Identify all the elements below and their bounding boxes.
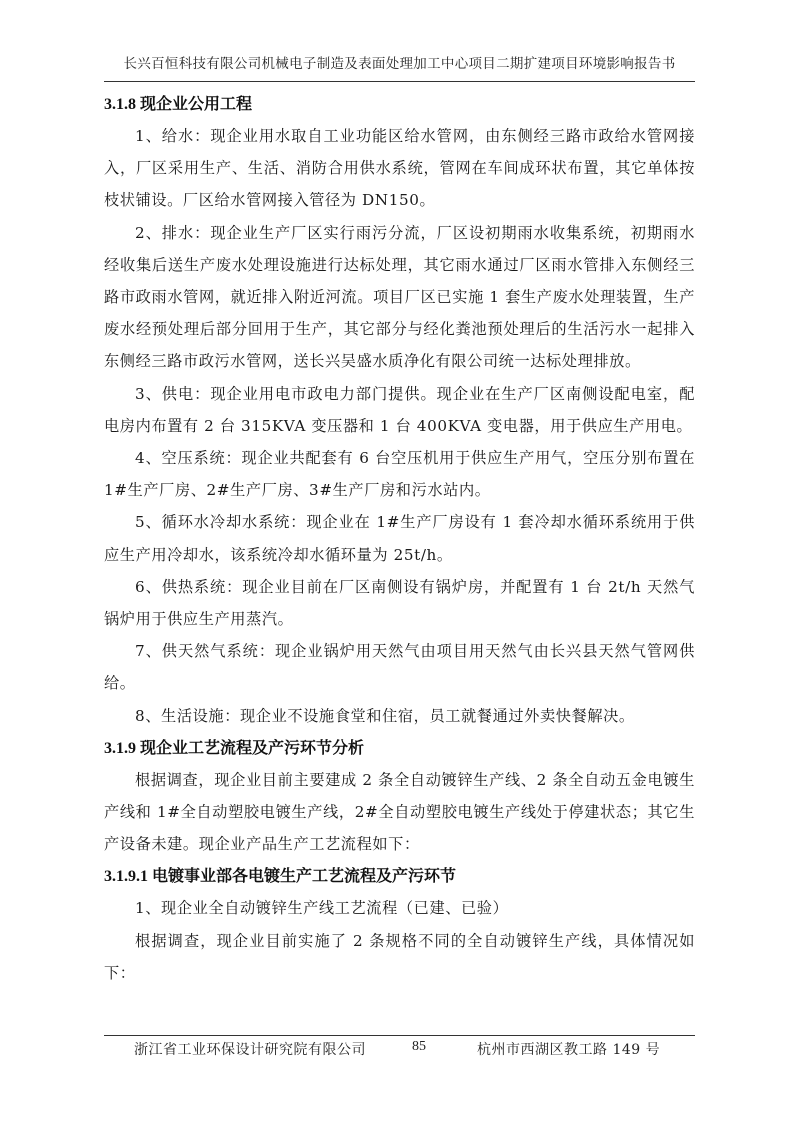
paragraph-power-supply: 3、供电：现企业用电市政电力部门提供。现企业在生产厂区南侧设配电室，配电房内布置… (104, 378, 695, 442)
paragraph-heating: 6、供热系统：现企业目前在厂区南侧设有锅炉房，并配置有 1 台 2t/h 天然气… (104, 571, 695, 635)
paragraph-living-facilities: 8、生活设施：现企业不设施食堂和住宿，员工就餐通过外卖快餐解决。 (104, 700, 695, 732)
running-header: 长兴百恒科技有限公司机械电子制造及表面处理加工中心项目二期扩建项目环境影响报告书 (104, 52, 695, 72)
section-number: 3.1.8 (104, 96, 136, 113)
paragraph-galvanizing-line-title: 1、现企业全自动镀锌生产线工艺流程（已建、已验） (104, 892, 695, 924)
paragraph-process-overview: 根据调查，现企业目前主要建成 2 条全自动镀锌生产线、2 条全自动五金电镀生产线… (104, 764, 695, 861)
footer-divider (104, 1035, 695, 1036)
section-heading-3-1-8: 3.1.8现企业公用工程 (104, 88, 695, 120)
section-title: 电镀事业部各电镀生产工艺流程及产污环节 (152, 866, 456, 885)
footer-organization: 浙江省工业环保设计研究院有限公司 (134, 1039, 366, 1059)
page-number: 85 (412, 1039, 426, 1055)
section-number: 3.1.9.1 (104, 868, 148, 885)
paragraph-compressed-air: 4、空压系统：现企业共配套有 6 台空压机用于供应生产用气，空压分别布置在 1#… (104, 442, 695, 506)
section-title: 现企业工艺流程及产污环节分析 (140, 738, 364, 757)
section-number: 3.1.9 (104, 740, 136, 757)
paragraph-drainage: 2、排水：现企业生产厂区实行雨污分流，厂区设初期雨水收集系统，初期雨水经收集后送… (104, 217, 695, 378)
paragraph-galvanizing-line-intro: 根据调查，现企业目前实施了 2 条规格不同的全自动镀锌生产线，具体情况如下： (104, 925, 695, 989)
header-divider (104, 81, 695, 82)
section-title: 现企业公用工程 (140, 94, 252, 113)
paragraph-cooling-water: 5、循环水冷却水系统：现企业在 1#生产厂房设有 1 套冷却水循环系统用于供应生… (104, 506, 695, 570)
page-body: 3.1.8现企业公用工程 1、给水：现企业用水取自工业功能区给水管网，由东侧经三… (104, 88, 695, 989)
paragraph-natural-gas: 7、供天然气系统：现企业锅炉用天然气由项目用天然气由长兴县天然气管网供给。 (104, 635, 695, 699)
page-footer: 浙江省工业环保设计研究院有限公司 85 杭州市西湖区教工路 149 号 (104, 1039, 695, 1061)
section-heading-3-1-9-1: 3.1.9.1电镀事业部各电镀生产工艺流程及产污环节 (104, 860, 695, 892)
section-heading-3-1-9: 3.1.9现企业工艺流程及产污环节分析 (104, 732, 695, 764)
footer-address: 杭州市西湖区教工路 149 号 (477, 1039, 660, 1059)
paragraph-water-supply: 1、给水：现企业用水取自工业功能区给水管网，由东侧经三路市政给水管网接入，厂区采… (104, 120, 695, 217)
